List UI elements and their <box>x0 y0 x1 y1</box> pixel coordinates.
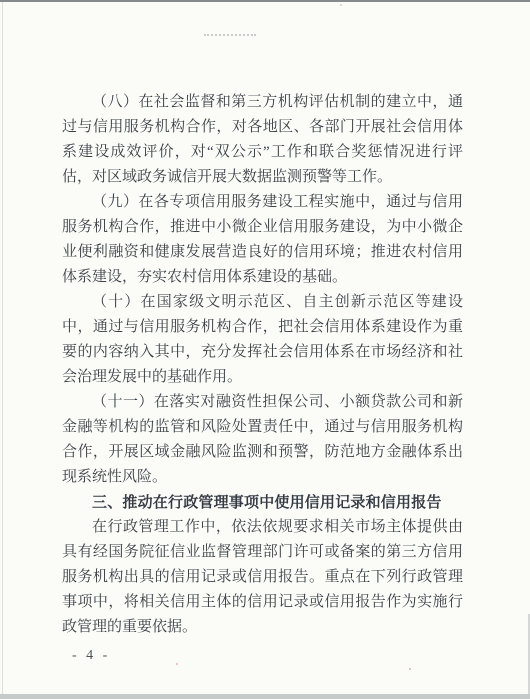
scan-speck <box>340 4 342 6</box>
paragraph-clause-8: （八）在社会监督和第三方机构评估机制的建立中，通过与信用服务机构合作，对各地区、… <box>62 90 463 190</box>
paragraph-section-intro: 在行政管理工作中，依法依规要求相关市场主体提供由具有经国务院征信业监督管理部门许… <box>62 515 463 640</box>
scan-edge-left <box>2 2 3 699</box>
document-body: （八）在社会监督和第三方机构评估机制的建立中，通过与信用服务机构合作，对各地区、… <box>62 90 463 668</box>
scan-smudge <box>204 34 256 36</box>
paragraph-clause-9: （九）在各专项信用服务建设工程实施中，通过与信用服务机构合作，推进中小微企业信用… <box>62 190 463 290</box>
scan-edge-top <box>0 0 530 2</box>
scan-speck <box>409 668 411 670</box>
page-number: - 4 - <box>62 643 463 668</box>
scan-edge-bottom <box>0 694 530 699</box>
paragraph-clause-11: （十一）在落实对融资性担保公司、小额贷款公司和新金融等机构的监管和风险处置责任中… <box>62 390 463 490</box>
section-heading: 三、推动在行政管理事项中使用信用记录和信用报告 <box>62 490 463 515</box>
document-page: （八）在社会监督和第三方机构评估机制的建立中，通过与信用服务机构合作，对各地区、… <box>0 0 530 699</box>
paragraph-clause-10: （十）在国家级文明示范区、自主创新示范区等建设中，通过与信用服务机构合作，把社会… <box>62 290 463 390</box>
